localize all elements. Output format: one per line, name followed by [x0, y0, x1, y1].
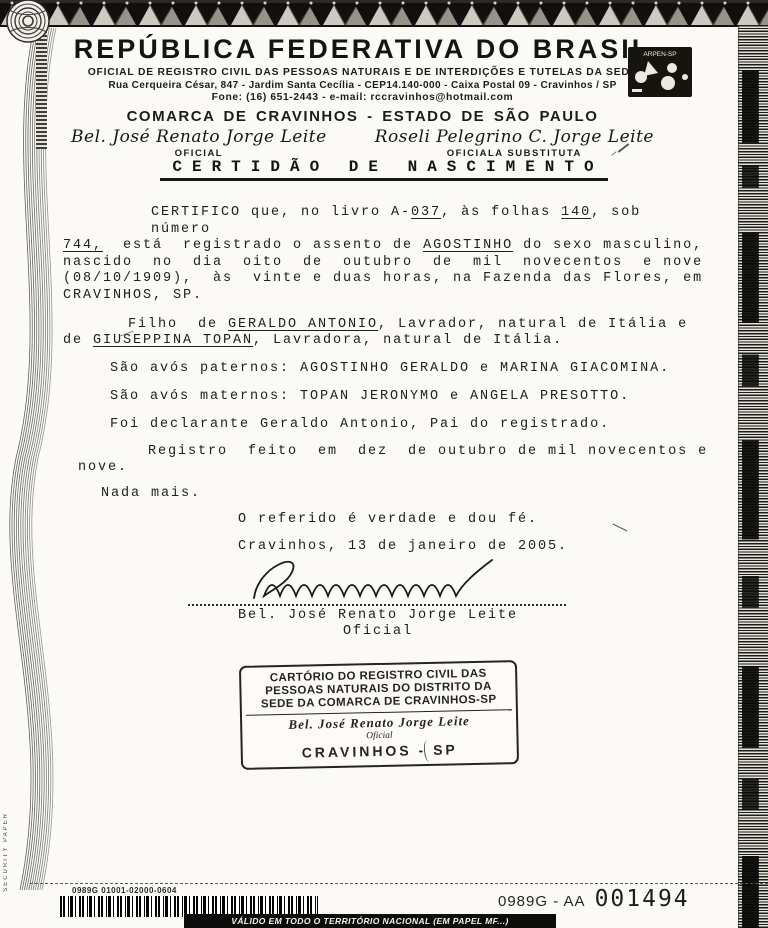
- document-title: CERTIDÃO DE NASCIMENTO: [160, 158, 607, 181]
- attestation-paragraph: O referido é verdade e dou fé.: [238, 512, 711, 529]
- security-paper-text: SECURITY PAPER: [3, 812, 9, 892]
- serial-digits: 001494: [595, 886, 690, 912]
- comarca-line: COMARCA DE CRAVINHOS - ESTADO DE SÃO PAU…: [40, 108, 685, 125]
- registration-paragraph: CERTIFICO que, no livro A-037, às folhas…: [63, 205, 711, 305]
- footer-divider: [30, 883, 768, 884]
- address-line: Rua Cerqueira César, 847 - Jardim Santa …: [40, 80, 685, 91]
- country-title: REPÚBLICA FEDERATIVA DO BRASIL: [40, 34, 685, 65]
- substitute-signature-name: Roseli Pelegrino C. Jorge Leite: [375, 127, 654, 147]
- serial-number: 0989G - AA 001494: [498, 886, 690, 912]
- official-signature-name: Bel. José Renato Jorge Leite: [71, 127, 327, 147]
- handwritten-signature: [240, 546, 540, 604]
- signatory-name: Bel. José Renato Jorge Leite: [188, 608, 568, 623]
- paternal-grandparents-paragraph: São avós paternos: AGOSTINHO GERALDO e M…: [110, 361, 711, 378]
- serial-prefix: 0989G - AA: [498, 893, 586, 910]
- notary-stamp: CARTÓRIO DO REGISTRO CIVIL DAS PESSOAS N…: [239, 660, 519, 770]
- officials-row: Bel. José Renato Jorge Leite OFICIAL Ros…: [40, 127, 685, 159]
- parents-paragraph: Filho de GERALDO ANTONIO, Lavrador, natu…: [63, 317, 711, 350]
- barcode-block: 0989G 01001-02000-0604: [60, 886, 318, 917]
- arpen-logo-text: ARPEN-SP: [643, 51, 676, 58]
- official-block: Bel. José Renato Jorge Leite OFICIAL: [71, 127, 327, 159]
- registration-date-paragraph: Registro feito em dez de outubro de mil …: [63, 444, 711, 477]
- signature-block: Bel. José Renato Jorge Leite Oficial: [188, 552, 568, 639]
- certificate-body: CERTIFICO que, no livro A-037, às folhas…: [63, 205, 711, 556]
- signature-line: [188, 604, 566, 606]
- maternal-grandparents-paragraph: São avós maternos: TOPAN JERONYMO e ANGE…: [110, 389, 711, 406]
- letterhead: REPÚBLICA FEDERATIVA DO BRASIL OFICIAL D…: [40, 34, 685, 159]
- closing-paragraph: Nada mais.: [101, 486, 711, 503]
- signatory-role: Oficial: [188, 624, 568, 639]
- barcode-label: 0989G 01001-02000-0604: [60, 886, 318, 895]
- birth-certificate-document: SECURITY PAPER REPÚBLICA FEDERATIVA DO B…: [0, 0, 768, 928]
- title-row: CERTIDÃO DE NASCIMENTO: [0, 158, 768, 181]
- arpen-sp-logo: ARPEN-SP: [628, 47, 692, 97]
- declarant-paragraph: Foi declarante Geraldo Antonio, Pai do r…: [110, 417, 711, 434]
- contact-line: Fone: (16) 651-2443 - e-mail: rccravinho…: [40, 92, 685, 103]
- top-border-ornament: [0, 0, 768, 27]
- stamp-city: CRAVINHOS - SP: [251, 740, 509, 761]
- office-line: OFICIAL DE REGISTRO CIVIL DAS PESSOAS NA…: [40, 67, 685, 78]
- validity-banner: VÁLIDO EM TODO O TERRITÓRIO NACIONAL (EM…: [184, 914, 556, 928]
